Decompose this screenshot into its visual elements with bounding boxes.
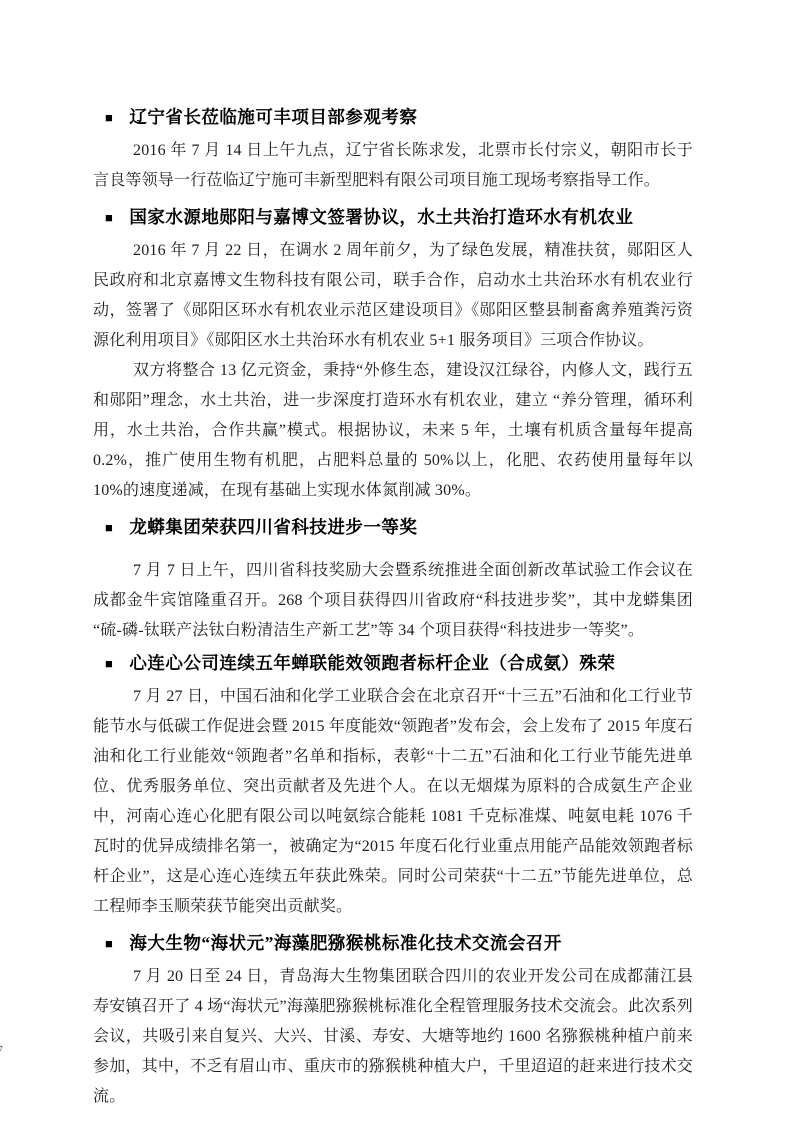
section-heading: ■ 龙蟒集团荣获四川省科技进步一等奖 — [93, 512, 693, 544]
section-heading: ■ 国家水源地郧阳与嘉博文签署协议，水土共治打造环水有机农业 — [93, 202, 693, 234]
section-paragraph: 2016 年 7 月 14 日上午九点，辽宁省长陈求发，北票市长付宗义，朝阳市长… — [93, 136, 693, 196]
bullet-square-icon: ■ — [105, 513, 113, 543]
bullet-square-icon: ■ — [105, 103, 113, 133]
section-paragraph: 7 月 27 日，中国石油和化学工业联合会在北京召开“十三五”石油和化工行业节能… — [93, 682, 693, 922]
section-heading-text: 龙蟒集团荣获四川省科技进步一等奖 — [129, 512, 417, 542]
news-section-3: ■ 龙蟒集团荣获四川省科技进步一等奖 7 月 7 日上午，四川省科技奖励大会暨系… — [93, 512, 693, 646]
section-paragraph: 双方将整合 13 亿元资金，秉持“外修生态，建设汉江绿谷，内修人文，践行五和郧阳… — [93, 356, 693, 506]
section-heading-text: 辽宁省长莅临施可丰项目部参观考察 — [129, 102, 417, 132]
section-heading-text: 心连心公司连续五年蝉联能效领跑者标杆企业（合成氨）殊荣 — [129, 648, 615, 678]
section-heading: ■ 心连心公司连续五年蝉联能效领跑者标杆企业（合成氨）殊荣 — [93, 648, 693, 680]
newsletter-content: ■ 辽宁省长莅临施可丰项目部参观考察 2016 年 7 月 14 日上午九点，辽… — [93, 96, 693, 1112]
page-number: 7 — [0, 1044, 3, 1060]
section-paragraph: 7 月 20 日至 24 日，青岛海大生物集团联合四川的农业开发公司在成都蒲江县… — [93, 962, 693, 1112]
section-heading: ■ 辽宁省长莅临施可丰项目部参观考察 — [93, 102, 693, 134]
bullet-square-icon: ■ — [105, 929, 113, 959]
section-paragraph: 2016 年 7 月 22 日，在调水 2 周年前夕，为了绿色发展，精准扶贫，郧… — [93, 236, 693, 356]
bullet-square-icon: ■ — [105, 203, 113, 233]
news-section-1: ■ 辽宁省长莅临施可丰项目部参观考察 2016 年 7 月 14 日上午九点，辽… — [93, 102, 693, 196]
news-section-2: ■ 国家水源地郧阳与嘉博文签署协议，水土共治打造环水有机农业 2016 年 7 … — [93, 202, 693, 506]
news-section-4: ■ 心连心公司连续五年蝉联能效领跑者标杆企业（合成氨）殊荣 7 月 27 日，中… — [93, 648, 693, 922]
section-paragraph: 7 月 7 日上午，四川省科技奖励大会暨系统推进全面创新改革试验工作会议在成都金… — [93, 556, 693, 646]
document-page: ■ 辽宁省长莅临施可丰项目部参观考察 2016 年 7 月 14 日上午九点，辽… — [0, 0, 800, 1131]
news-section-5: ■ 海大生物“海状元”海藻肥猕猴桃标准化技术交流会召开 7 月 20 日至 24… — [93, 928, 693, 1112]
section-heading-text: 海大生物“海状元”海藻肥猕猴桃标准化技术交流会召开 — [129, 928, 562, 958]
bullet-square-icon: ■ — [105, 649, 113, 679]
section-heading-text: 国家水源地郧阳与嘉博文签署协议，水土共治打造环水有机农业 — [129, 202, 633, 232]
section-heading: ■ 海大生物“海状元”海藻肥猕猴桃标准化技术交流会召开 — [93, 928, 693, 960]
